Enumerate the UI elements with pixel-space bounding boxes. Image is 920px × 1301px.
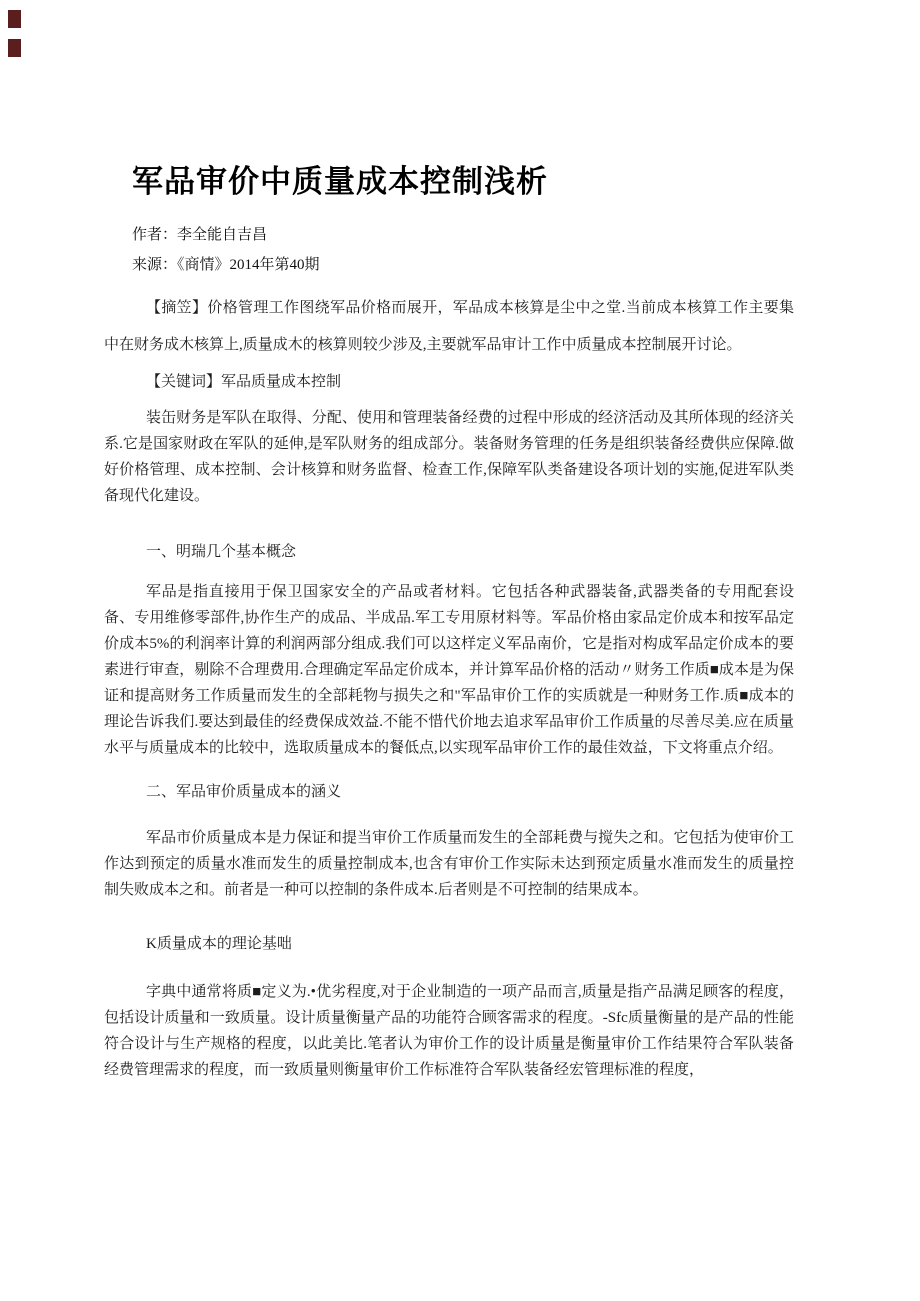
section-heading-3: K质量成本的理论基咄	[104, 931, 794, 957]
document-meta: 作者：李全能自吉昌 来源：《商情》2014年第40期	[132, 220, 794, 280]
author-line: 作者：李全能自吉昌	[132, 220, 794, 250]
section-heading-2: 二、军品审价质量成本的涵义	[104, 779, 794, 805]
missing-glyph-box	[8, 39, 21, 57]
abstract-paragraph: 【摘笠】价格管理工作图绕军品价格而展开，军品成本核算是尘中之堂.当前成本核算工作…	[104, 290, 794, 364]
page-title: 军品审价中质量成本控制浅析	[132, 160, 794, 204]
body-paragraph: 军品市价质量成本是力保证和提当审价工作质量而发生的全部耗费与搅失之和。它包括为使…	[104, 825, 794, 903]
source-line: 来源：《商情》2014年第40期	[132, 250, 794, 280]
body-paragraph: 字典中通常将质■定义为.•优劣程度,对于企业制造的一项产品而言,质量是指产品满足…	[104, 979, 794, 1083]
body-paragraph: 装缶财务是军队在取得、分配、使用和管理装备经费的过程中形成的经济活动及其所体现的…	[104, 405, 794, 509]
body-paragraph: 军品是指直接用于保卫国家安全的产品或者材料。它包括各种武器装备,武器类备的专用配…	[104, 579, 794, 761]
keywords-paragraph: 【关键词】军品质量成本控制	[104, 364, 794, 401]
missing-glyph-box	[8, 10, 21, 28]
section-heading-1: 一、明瑞几个基本概念	[104, 539, 794, 565]
document-page: 军品审价中质量成本控制浅析 作者：李全能自吉昌 来源：《商情》2014年第40期…	[0, 160, 920, 1083]
